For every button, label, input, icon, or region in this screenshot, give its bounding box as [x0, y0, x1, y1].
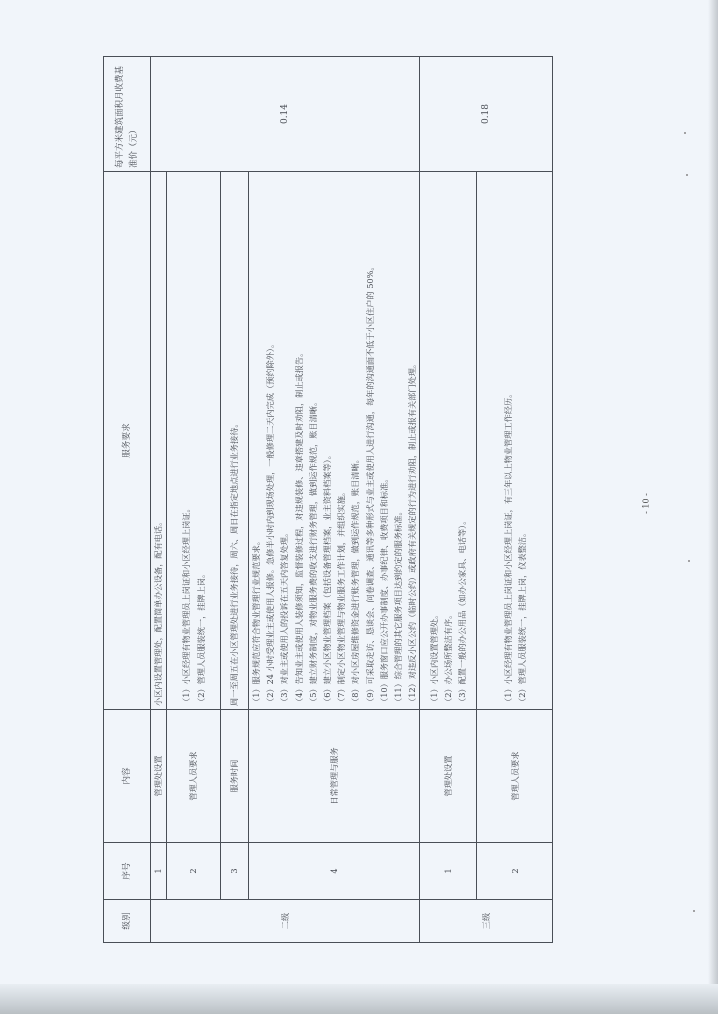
requirement-line: （6）建立小区物业管理档案（包括设备管理档案，业主资料档案等）。 [320, 175, 334, 706]
price-cell: 0.14 [151, 57, 420, 172]
header-requirements: 服务要求 [104, 172, 151, 710]
header-row: 级别 序号 内容 服务要求 每平方米建筑面积月收费基准价（元） [104, 57, 151, 943]
requirement-line: （4）告知业主或使用人装修须知，监督装修过程，对违规装修、违章搭建及时劝阻，制止… [292, 175, 306, 706]
table-row: 三级 1 管理处设置 （1）小区内设置管理处。 （2）办公场所整洁有序。 （3）… [420, 57, 477, 943]
page-number: - 10 - [642, 484, 651, 524]
content-cell: 管理人员要求 [477, 710, 553, 843]
requirement-line: （1）服务规范应符合物业管理行业规范要求。 [249, 175, 263, 706]
level-cell: 三级 [420, 900, 553, 943]
price-cell: 0.18 [420, 57, 553, 172]
scan-speck [686, 174, 688, 176]
requirement-line: （3）配置一般的办公用品（如办公家具、电话等）。 [455, 175, 469, 706]
table-row: 2 管理人员要求 （1）小区经理有物业管理员上岗证和小区经理上岗证。 （2）管理… [167, 57, 221, 943]
content-cell: 日常管理与服务 [249, 710, 420, 843]
header-price: 每平方米建筑面积月收费基准价（元） [104, 57, 151, 172]
requirements-cell: 周一至周五在小区管理处进行业务接待，周六、周日在指定地点进行业务接待。 [221, 172, 249, 710]
requirement-line: （2）管理人员服装统一，挂牌上岗，仪表整洁。 [515, 175, 529, 706]
header-content: 内容 [104, 710, 151, 843]
seq-cell: 1 [420, 843, 477, 900]
table-row: 4 日常管理与服务 （1）服务规范应符合物业管理行业规范要求。 （2）24 小时… [249, 57, 420, 943]
scan-edge [708, 0, 718, 1014]
seq-cell: 3 [221, 843, 249, 900]
requirement-line: （5）建立财务制度，对物业服务费的收支进行财务管理，做到运作规范，账目清晰。 [306, 175, 320, 706]
content-cell: 管理处设置 [151, 710, 167, 843]
scan-speck [684, 132, 686, 134]
requirements-cell: （1）小区内设置管理处。 （2）办公场所整洁有序。 （3）配置一般的办公用品（如… [420, 172, 477, 710]
requirement-line: （7）制定小区物业管理与物业服务工作计划，并组织实施。 [334, 175, 348, 706]
requirements-cell: 小区内设置管理处，配置简单办公设备，配有电话。 [151, 172, 167, 710]
requirement-line: 周一至周五在小区管理处进行业务接待，周六、周日在指定地点进行业务接待。 [227, 175, 241, 706]
requirement-line: （9）可采取走访、恳谈会、问卷调查、通讯等多种形式与业主或使用人进行沟通，每年的… [363, 175, 377, 706]
requirements-cell: （1）小区经理有物业管理员上岗证和小区经理上岗证，有三年以上物业管理工作经历。 … [477, 172, 553, 710]
requirement-line: （1）小区内设置管理处。 [427, 175, 441, 706]
content-cell: 管理处设置 [420, 710, 477, 843]
requirement-line: （3）对业主或使用人的投诉在五天内答复处理。 [277, 175, 291, 706]
requirements-cell: （1）服务规范应符合物业管理行业规范要求。 （2）24 小时受理业主或使用人报修… [249, 172, 420, 710]
requirement-line: （2）24 小时受理业主或使用人报修。急修半小时内到现场处理，一般修理二天内完成… [263, 175, 277, 706]
table-row: 二级 1 管理处设置 小区内设置管理处，配置简单办公设备，配有电话。 0.14 [151, 57, 167, 943]
fee-standard-table: 级别 序号 内容 服务要求 每平方米建筑面积月收费基准价（元） 二级 1 管理处… [103, 56, 553, 943]
requirement-line: （1）小区经理有物业管理员上岗证和小区经理上岗证，有三年以上物业管理工作经历。 [501, 175, 515, 706]
requirement-line: 小区内设置管理处，配置简单办公设备，配有电话。 [151, 175, 165, 706]
content-cell: 管理人员要求 [167, 710, 221, 843]
scan-bottom-shadow [0, 984, 718, 1014]
seq-cell: 2 [477, 843, 553, 900]
seq-cell: 1 [151, 843, 167, 900]
scan-speck [693, 910, 695, 912]
requirement-line: （10）服务窗口应公开办事制度、办事纪律、收费项目和标准。 [377, 175, 391, 706]
requirement-line: （11）综合管理的其它服务项目达到约定的服务标准。 [391, 175, 405, 706]
requirement-line: （2）办公场所整洁有序。 [441, 175, 455, 706]
level-cell: 二级 [151, 900, 420, 943]
requirement-line: （2）管理人员服装统一，挂牌上岗。 [194, 175, 208, 706]
fee-standard-table-rotated: 级别 序号 内容 服务要求 每平方米建筑面积月收费基准价（元） 二级 1 管理处… [103, 57, 528, 943]
requirement-line: （8）对小区房屋维修资金进行账务管理，做到运作规范，账目清晰。 [348, 175, 362, 706]
seq-cell: 4 [249, 843, 420, 900]
requirements-cell: （1）小区经理有物业管理员上岗证和小区经理上岗证。 （2）管理人员服装统一，挂牌… [167, 172, 221, 710]
table-row: 2 管理人员要求 （1）小区经理有物业管理员上岗证和小区经理上岗证，有三年以上物… [477, 57, 553, 943]
scan-speck [688, 560, 690, 562]
requirement-line: （1）小区经理有物业管理员上岗证和小区经理上岗证。 [179, 175, 193, 706]
seq-cell: 2 [167, 843, 221, 900]
requirement-line: （12）对违反小区公约（临时公约）或政府有关规定的行为进行劝阻，制止或报有关部门… [405, 175, 419, 706]
header-level: 级别 [104, 900, 151, 943]
header-seq: 序号 [104, 843, 151, 900]
content-cell: 服务时间 [221, 710, 249, 843]
table-row: 3 服务时间 周一至周五在小区管理处进行业务接待，周六、周日在指定地点进行业务接… [221, 57, 249, 943]
